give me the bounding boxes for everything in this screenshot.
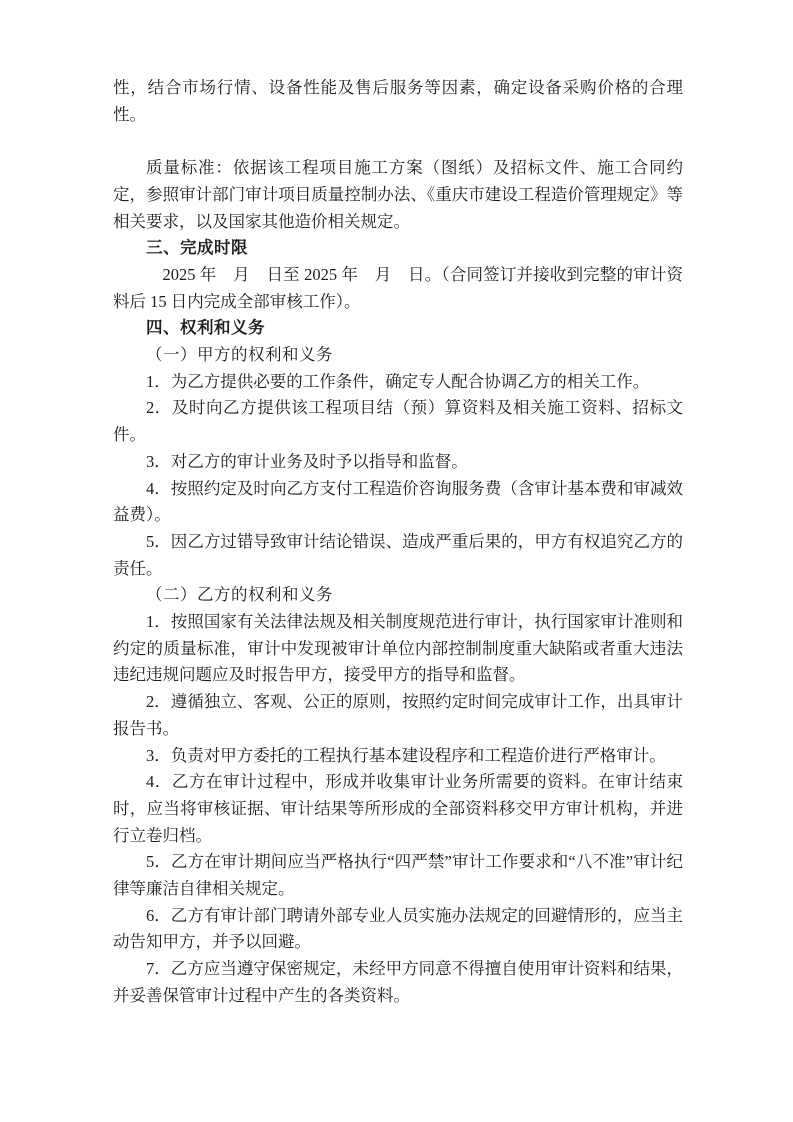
heading-section-3-deadline: 三、完成时限: [113, 235, 683, 262]
para-blank: [113, 128, 683, 155]
para-party-a-item-2: 2．及时向乙方提供该工程项目结（预）算资料及相关施工资料、招标文件。: [113, 395, 683, 448]
para-party-b-item-5: 5．乙方在审计期间应当严格执行“四严禁”审计工作要求和“八不准”审计纪律等廉洁自…: [113, 849, 683, 902]
para-party-b-item-4: 4．乙方在审计过程中，形成并收集审计业务所需要的资料。在审计结束时，应当将审核证…: [113, 769, 683, 849]
para-party-b-item-7: 7．乙方应当遵守保密规定，未经甲方同意不得擅自使用审计资料和结果，并妥善保管审计…: [113, 956, 683, 1009]
para-deadline-dates: 2025 年 月 日至 2025 年 月 日。（合同签订并接收到完整的审计资料后…: [113, 262, 683, 315]
heading-section-4-rights-obligations: 四、权利和义务: [113, 315, 683, 342]
para-continuation: 性，结合市场行情、设备性能及售后服务等因素，确定设备采购价格的合理性。: [113, 75, 683, 128]
para-party-a-item-4: 4．按照约定及时向乙方支付工程造价咨询服务费（含审计基本费和审减效益费）。: [113, 476, 683, 529]
para-party-a-item-5: 5．因乙方过错导致审计结论错误、造成严重后果的，甲方有权追究乙方的责任。: [113, 529, 683, 582]
para-party-b-item-3: 3．负责对甲方委托的工程执行基本建设程序和工程造价进行严格审计。: [113, 743, 683, 770]
document-page: 性，结合市场行情、设备性能及售后服务等因素，确定设备采购价格的合理性。 质量标准…: [0, 0, 793, 1122]
para-party-b-item-1: 1．按照国家有关法律法规及相关制度规范进行审计，执行国家审计准则和约定的质量标准…: [113, 609, 683, 689]
subheading-party-b-rights: （二）乙方的权利和义务: [113, 582, 683, 609]
para-party-b-item-6: 6．乙方有审计部门聘请外部专业人员实施办法规定的回避情形的，应当主动告知甲方，并…: [113, 903, 683, 956]
para-party-a-item-1: 1．为乙方提供必要的工作条件，确定专人配合协调乙方的相关工作。: [113, 369, 683, 396]
subheading-party-a-rights: （一）甲方的权利和义务: [113, 342, 683, 369]
para-party-a-item-3: 3．对乙方的审计业务及时予以指导和监督。: [113, 449, 683, 476]
para-party-b-item-2: 2．遵循独立、客观、公正的原则，按照约定时间完成审计工作，出具审计报告书。: [113, 689, 683, 742]
para-quality-standard: 质量标准：依据该工程项目施工方案（图纸）及招标文件、施工合同约定，参照审计部门审…: [113, 155, 683, 235]
